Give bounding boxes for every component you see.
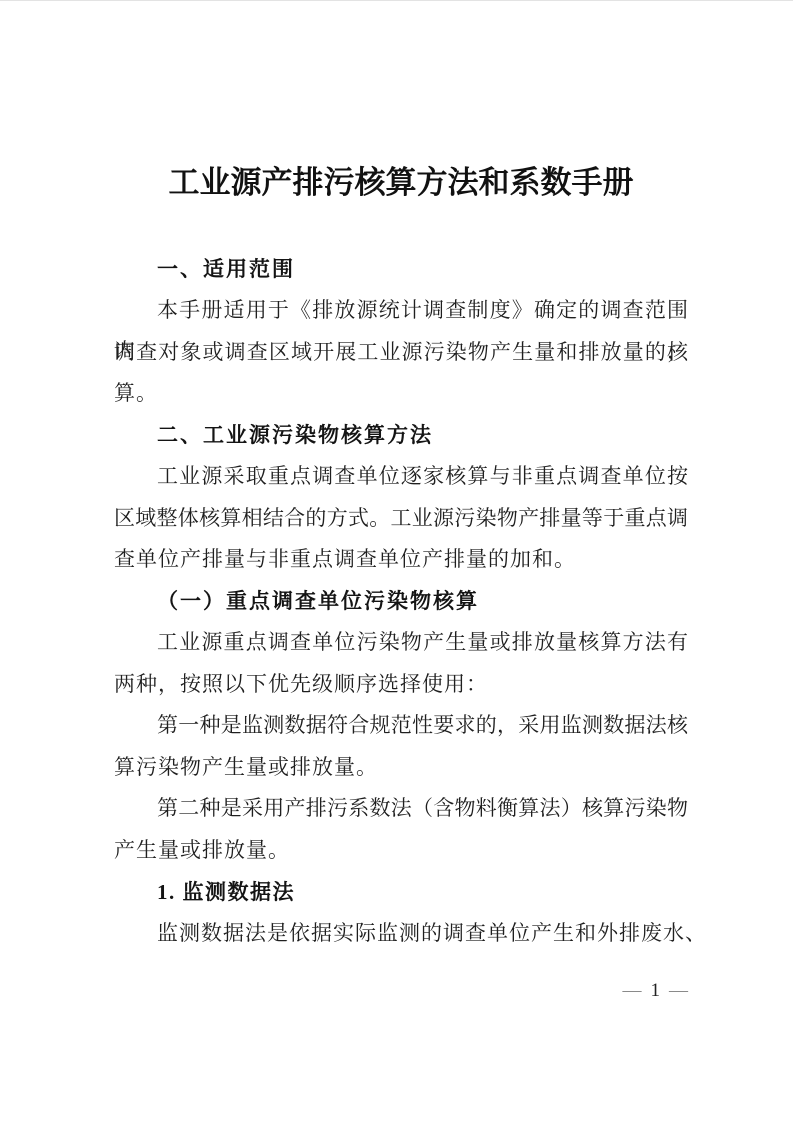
heading-section-1: 一、适用范围 — [114, 249, 688, 290]
document-title: 工业源产排污核算方法和系数手册 — [114, 157, 688, 209]
paragraph-line: 区域整体核算相结合的方式。工业源污染物产排量等于重点调 — [114, 498, 688, 539]
paragraph-line: 查单位产排量与非重点调查单位产排量的加和。 — [114, 539, 688, 580]
heading-section-2: 二、工业源污染物核算方法 — [114, 415, 688, 456]
paragraph-line: 工业源重点调查单位污染物产生量或排放量核算方法有 — [114, 622, 688, 663]
document-page: 工业源产排污核算方法和系数手册 一、适用范围 本手册适用于《排放源统计调查制度》… — [0, 0, 793, 1123]
footer-dash-right: — — [669, 980, 688, 1001]
paragraph-line: 工业源采取重点调查单位逐家核算与非重点调查单位按 — [114, 456, 688, 497]
paragraph-line: 算污染物产生量或排放量。 — [114, 747, 688, 788]
heading-subsection-1: （一）重点调查单位污染物核算 — [114, 581, 688, 622]
paragraph-line: 调查对象或调查区域开展工业源污染物产生量和排放量的核 — [114, 332, 688, 373]
page-number: 1 — [651, 979, 661, 1003]
paragraph-line: 产生量或排放量。 — [114, 830, 688, 871]
heading-method-1: 1. 监测数据法 — [114, 872, 688, 913]
paragraph-line: 两种，按照以下优先级顺序选择使用： — [114, 664, 688, 705]
paragraph-line: 监测数据法是依据实际监测的调查单位产生和外排废水、 — [114, 913, 688, 954]
footer-dash-left: — — [623, 980, 642, 1001]
paragraph-line: 算。 — [114, 373, 688, 414]
paragraph-line: 第二种是采用产排污系数法（含物料衡算法）核算污染物 — [114, 788, 688, 829]
paragraph-line: 第一种是监测数据符合规范性要求的，采用监测数据法核 — [114, 705, 688, 746]
page-footer: —1— — [114, 979, 688, 1003]
